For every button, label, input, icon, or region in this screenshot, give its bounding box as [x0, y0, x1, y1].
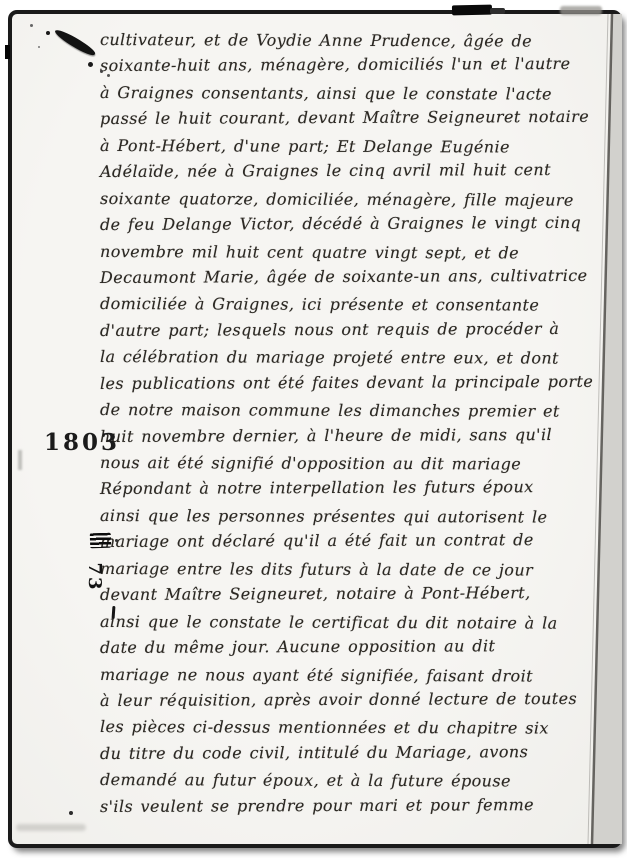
- handwritten-line: huit novembre dernier, à l'heure de midi…: [100, 421, 600, 450]
- handwritten-line: d'autre part; lesquels nous ont requis d…: [100, 316, 600, 345]
- handwritten-line: les publications ont été faites devant l…: [100, 369, 600, 398]
- handwritten-line: Répondant à notre interpellation les fut…: [100, 474, 600, 503]
- stamp-speck: [115, 539, 118, 542]
- handwritten-line: de notre maison commune les dimanches pr…: [100, 397, 600, 425]
- handwritten-line: passé le huit courant, devant Maître Sei…: [100, 104, 600, 133]
- ink-blot-dot: [88, 62, 93, 67]
- handwritten-line: du titre du code civil, intitulé du Mari…: [100, 739, 600, 768]
- bottom-ink-dot: [69, 811, 73, 815]
- left-edge-smudge: [18, 450, 22, 470]
- top-edge-ink-mark: [452, 5, 492, 16]
- bottom-smudge: [16, 824, 86, 831]
- margin-year-number: 1803: [44, 429, 120, 456]
- handwritten-line: Decaumont Marie, âgée de soixante-un ans…: [100, 263, 600, 292]
- handwritten-text-block: cultivateur, et de Voydie Anne Prudence,…: [100, 27, 600, 820]
- top-edge-smudge: [560, 6, 602, 15]
- handwritten-line: Adélaïde, née à Graignes le cinq avril m…: [100, 157, 600, 186]
- handwritten-line: date du même jour. Aucune opposition au …: [100, 633, 600, 662]
- handwritten-line: à leur réquisition, après avoir donné le…: [100, 686, 600, 715]
- handwritten-line: devant Maître Seigneuret, notaire à Pont…: [100, 580, 600, 609]
- handwritten-line: de feu Delange Victor, décédé à Graignes…: [100, 210, 600, 239]
- rotated-stamp-number: 73: [76, 562, 114, 592]
- ink-blot-dot: [100, 70, 103, 73]
- handwritten-line: s'ils veulent se prendre pour mari et po…: [100, 792, 600, 821]
- ink-blot-dot: [107, 74, 110, 77]
- handwritten-line: soixante-huit ans, ménagère, domiciliés …: [100, 51, 600, 80]
- scanned-register-page: cultivateur, et de Voydie Anne Prudence,…: [0, 0, 627, 858]
- ink-blot-dot: [30, 24, 33, 27]
- ink-blot-dot: [38, 46, 40, 48]
- left-edge-tick: [5, 45, 10, 59]
- ink-blot-dot: [46, 31, 50, 35]
- top-edge-ink-mark-small: [490, 8, 505, 14]
- handwritten-line: mariage ont déclaré qu'il a été fait un …: [100, 527, 600, 556]
- overstruck-stamp-mark: [90, 533, 112, 549]
